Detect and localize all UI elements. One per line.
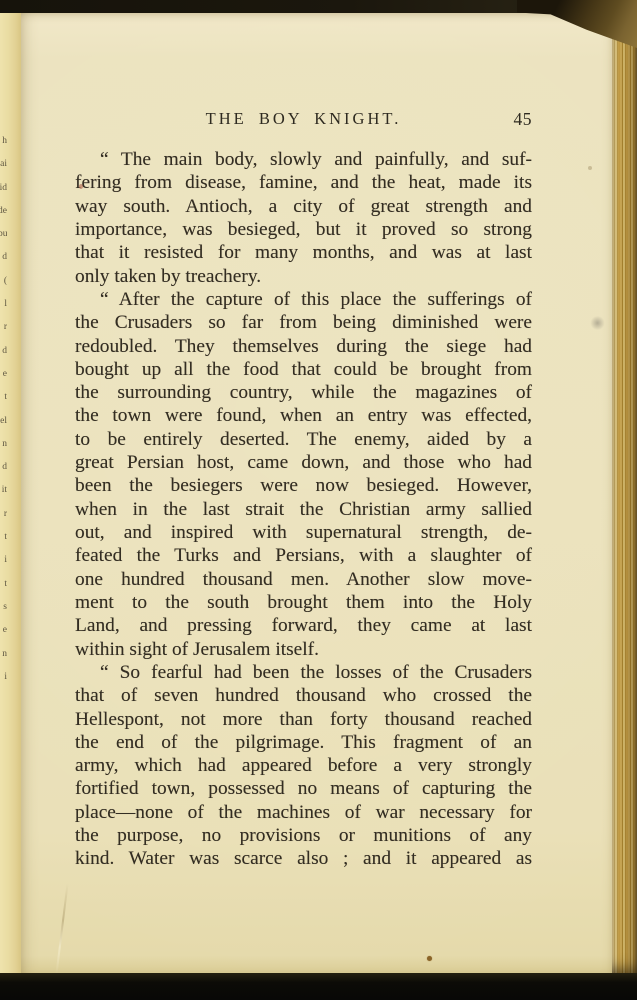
text-line: fortified town, possessed no means of ca… (75, 777, 532, 800)
edge-fragment: n (0, 643, 7, 666)
text-line: one hundred thousand men. Another slow m… (75, 568, 532, 591)
paper-fleck (79, 184, 83, 189)
text-line: feated the Turks and Persians, with a sl… (75, 544, 532, 567)
edge-fragment: s (0, 596, 7, 619)
edge-fragment: de (0, 200, 7, 223)
facing-page-edge: haiiddebud(lrdetelnditrtitseni (0, 10, 21, 976)
text-line: “ After the capture of this place the su… (75, 288, 532, 311)
paper-crease (55, 883, 68, 975)
edge-fragment: n (0, 433, 7, 456)
text-line: that it resisted for many months, and wa… (75, 241, 532, 264)
page-header: THE BOY KNIGHT. 45 (75, 109, 532, 133)
book-scan: haiiddebud(lrdetelnditrtitseni THE BOY K… (0, 0, 637, 1000)
text-line: that of seven hundred thousand who cross… (75, 684, 532, 707)
text-line: bought up all the food that could be bro… (75, 358, 532, 381)
text-line: to be entirely deserted. The enemy, aide… (75, 428, 532, 451)
running-title: THE BOY KNIGHT. (75, 109, 532, 129)
text-line: ment to the south brought them into the … (75, 591, 532, 614)
foxing-dot (427, 956, 432, 961)
text-line: out, and inspired with supernatural stre… (75, 521, 532, 544)
text-line: been the besiegers were now besieged. Ho… (75, 474, 532, 497)
text-block: “ The main body, slowly and painfully, a… (75, 148, 532, 871)
edge-fragment: id (0, 177, 7, 200)
edge-fragment: bu (0, 223, 7, 246)
edge-fragment: el (0, 410, 7, 433)
edge-fragment: l (0, 293, 7, 316)
edge-fragment: d (0, 340, 7, 363)
text-line: way south. Antioch, a city of great stre… (75, 195, 532, 218)
text-line: redoubled. They themselves during the si… (75, 335, 532, 358)
facing-page-text-fragments: haiiddebud(lrdetelnditrtitseni (0, 130, 7, 689)
page-number: 45 (514, 109, 533, 130)
text-line: great Persian host, came down, and those… (75, 451, 532, 474)
edge-fragment: i (0, 549, 7, 572)
edge-fragment: d (0, 456, 7, 479)
edge-fragment: i (0, 666, 7, 689)
text-line: “ So fearful had been the losses of the … (75, 661, 532, 684)
ink-smudge (590, 316, 605, 330)
text-line: army, which had appeared before a very s… (75, 754, 532, 777)
text-line: the purpose, no provisions or munitions … (75, 824, 532, 847)
book-page: THE BOY KNIGHT. 45 “ The main body, slow… (21, 11, 612, 975)
edge-fragment: e (0, 363, 7, 386)
text-line: within sight of Jerusalem itself. (75, 638, 532, 661)
text-line: the end of the pilgrimage. This fragment… (75, 731, 532, 754)
edge-fragment: it (0, 479, 7, 502)
text-line: the Crusaders so far from being diminish… (75, 311, 532, 334)
text-line: fering from disease, famine, and the hea… (75, 171, 532, 194)
edge-fragment: h (0, 130, 7, 153)
edge-fragment: r (0, 316, 7, 339)
text-line: when in the last strait the Christian ar… (75, 498, 532, 521)
edge-fragment: t (0, 526, 7, 549)
text-line: only taken by treachery. (75, 265, 532, 288)
edge-fragment: r (0, 503, 7, 526)
scan-background-bottom (0, 973, 637, 1000)
text-line: Hellespont, not more than forty thousand… (75, 708, 532, 731)
text-line: kind. Water was scarce also ; and it app… (75, 847, 532, 870)
edge-fragment: t (0, 573, 7, 596)
edge-fragment: d (0, 246, 7, 269)
edge-fragment: e (0, 619, 7, 642)
book-fore-edge (612, 13, 637, 975)
edge-fragment: ( (0, 270, 7, 293)
text-line: Land, and pressing forward, they came at… (75, 614, 532, 637)
edge-fragment: ai (0, 153, 7, 176)
text-line: the surrounding country, while the magaz… (75, 381, 532, 404)
text-line: “ The main body, slowly and painfully, a… (75, 148, 532, 171)
paper-speck (588, 166, 592, 170)
text-line: importance, was besieged, but it proved … (75, 218, 532, 241)
text-line: the town were found, when an entry was e… (75, 404, 532, 427)
text-line: place—none of the machines of war necess… (75, 801, 532, 824)
edge-fragment: t (0, 386, 7, 409)
